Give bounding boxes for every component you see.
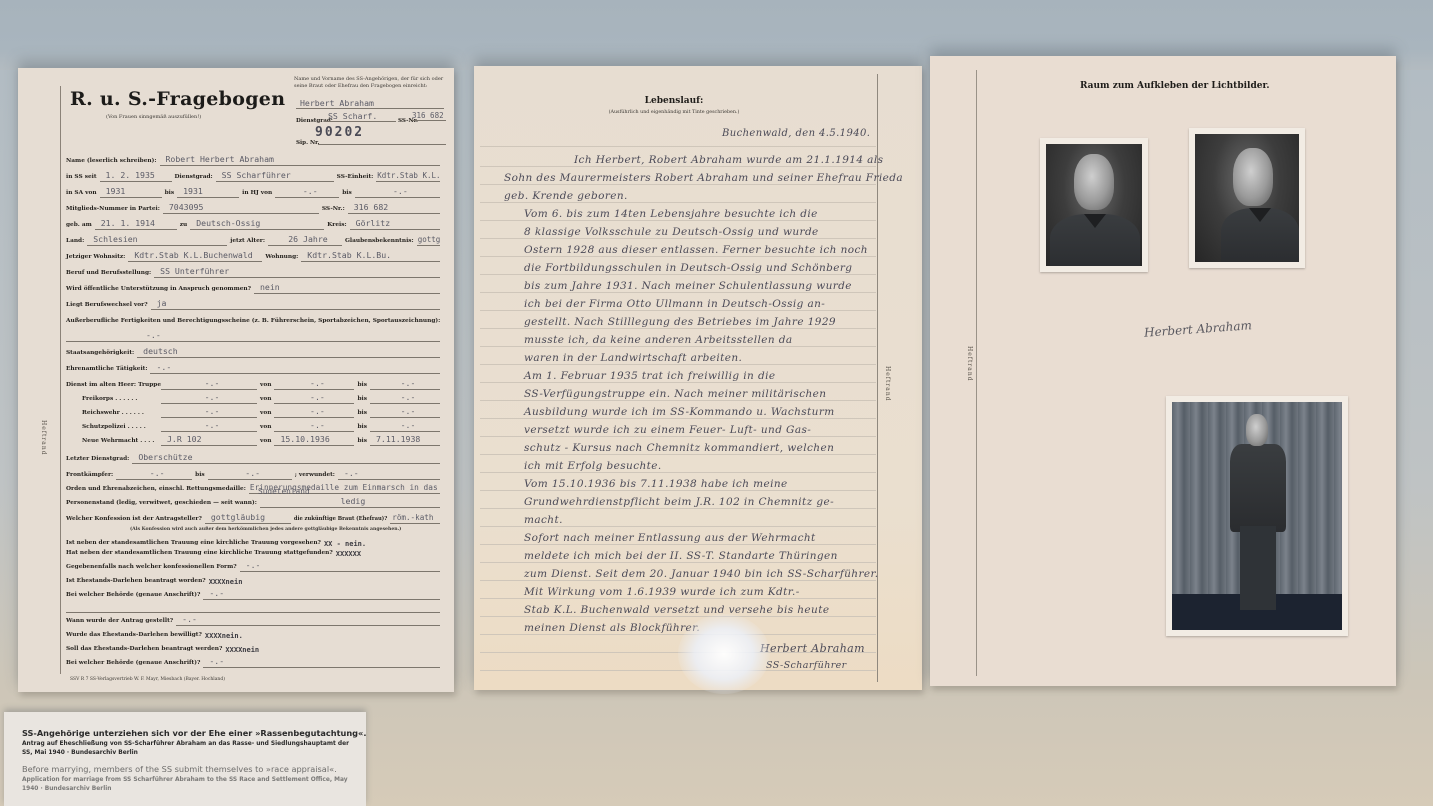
handwritten-line: SS-Verfügungstruppe ein. Nach meiner mil… [524, 388, 826, 400]
portrait-front-image [1046, 144, 1142, 266]
service-label: Neue Wehrmacht . . . . [66, 438, 158, 446]
ruled-line [480, 166, 876, 167]
unterstuetzung-label: Wird öffentliche Unterstützung in Anspru… [66, 286, 251, 294]
fertigkeiten-value: -.- [66, 330, 440, 342]
ruled-line [480, 238, 876, 239]
handwritten-line: ich mit Erfolg besuchte. [524, 460, 662, 472]
ruled-line [480, 598, 876, 599]
handwritten-line: Sofort nach meiner Entlassung aus der We… [524, 532, 816, 544]
row-berufswechsel: Liegt Berufswechsel vor? ja [66, 296, 440, 310]
service-bis: -.- [370, 378, 440, 390]
ss-seit-label: in SS seit [66, 174, 97, 182]
frontkaempfer-bis: -.- [208, 468, 292, 480]
handwritten-line: Vom 15.10.1936 bis 7.11.1938 habe ich me… [524, 478, 788, 490]
handwritten-line: musste ich, da keine anderen Arbeitsstel… [524, 334, 793, 346]
ruled-line [480, 274, 876, 275]
lebenslauf-title: Lebenslauf: [474, 96, 874, 106]
von-label: von [260, 424, 271, 432]
handwritten-line: gestellt. Nach Stilllegung des Betriebes… [524, 316, 836, 328]
handwritten-line: Stab K.L. Buchenwald versetzt und verseh… [524, 604, 829, 616]
ehrenamt-value: -.- [150, 362, 440, 374]
lebenslauf-subtitle: (Ausführlich und eigenhändig mit Tinte g… [474, 110, 874, 115]
handwritten-line: Grundwehrdienstpflicht beim J.R. 102 in … [524, 496, 834, 508]
margin-rule [976, 70, 977, 676]
kreis-value: Görlitz [350, 218, 440, 230]
handwritten-line: Sohn des Maurermeisters Robert Abraham u… [504, 172, 903, 184]
ruled-line [480, 256, 876, 257]
handwritten-line: die Fortbildungsschulen in Deutsch-Ossig… [524, 262, 852, 274]
ruled-line [480, 146, 876, 147]
dienstgrad-field: SS Scharf. [324, 111, 396, 122]
letzter-dienstgrad-label: Letzter Dienstgrad: [66, 456, 129, 464]
bis-label: bis [357, 410, 367, 418]
antrag-label: Wann wurde der Antrag gestellt? [66, 618, 173, 626]
wohnung-value: Kdtr.Stab K.L.Bu. [301, 250, 440, 262]
service-label: Schutzpolizei . . . . . [66, 424, 158, 432]
service-row: Reichswehr . . . . . . -.- von -.- bis -… [66, 404, 440, 418]
questionnaire-title: R. u. S.-Fragebogen [70, 88, 285, 110]
ruled-line [480, 202, 876, 203]
form-footer: SSV R 7 SS-Verlagsvertrieb W. F. Mayr, M… [70, 677, 225, 682]
row-orden: Orden und Ehrenabzeichen, einschl. Rettu… [66, 480, 440, 494]
behoerde1-value: -.- [203, 588, 440, 600]
head-shape [1074, 154, 1114, 210]
service-unit: -.- [161, 406, 257, 418]
row-name: Name (leserlich schreiben): Robert Herbe… [66, 152, 440, 166]
wohnung-label: Wohnung: [265, 254, 298, 262]
ruled-line [480, 562, 876, 563]
ss-nr2-value: 316 682 [348, 202, 440, 214]
darlehen1-value: XXXXnein [209, 578, 243, 586]
braut-konfession-label: die zukünftige Braut (Ehefrau)? [294, 516, 387, 524]
row-behoerde2: Bei welcher Behörde (genaue Anschrift)? … [66, 654, 440, 668]
row-staatsangehoerigkeit: Staatsangehörigkeit: deutsch [66, 344, 440, 358]
ruled-line [480, 184, 876, 185]
partei-nr-label: Mitglieds-Nummer in Partei: [66, 206, 160, 214]
row-behoerde1: Bei welcher Behörde (genaue Anschrift)? … [66, 586, 440, 600]
personenstand-label: Personenstand (ledig, verwitwet, geschie… [66, 500, 257, 508]
collar-shape [1249, 208, 1271, 222]
ss-nr-field: 316 682 [412, 111, 446, 121]
photo-sheet-title: Raum zum Aufkleben der Lichtbilder. [1080, 81, 1270, 91]
ss-seit-value: 1. 2. 1935 [100, 170, 172, 182]
perforation-label: Heftrand [884, 366, 891, 402]
letzter-dienstgrad-value: Oberschütze [132, 452, 440, 464]
kreis-label: Kreis: [327, 222, 346, 230]
caption-english-source: Application for marriage from SS Scharfü… [22, 776, 352, 794]
bis-label: bis [357, 396, 367, 404]
bis-label: bis [357, 424, 367, 432]
sa-bis-value: 1931 [177, 186, 239, 198]
sa-von-value: 1931 [100, 186, 162, 198]
verwundet-value: -.- [338, 468, 440, 480]
land-label: Land: [66, 238, 84, 246]
service-row: Freikorps . . . . . . -.- von -.- bis -.… [66, 390, 440, 404]
caption-german-source: Antrag auf Eheschließung von SS-Scharfüh… [22, 740, 352, 758]
row-frontkaempfer: Frontkämpfer: -.- bis -.- ; verwundet: -… [66, 466, 440, 480]
head-shape [1246, 414, 1268, 446]
photo-portrait-front [1040, 138, 1148, 272]
handwritten-line: schutz - Kursus nach Chemnitz kommandier… [524, 442, 834, 454]
signature-rank: SS-Scharführer [766, 660, 847, 671]
von-label: von [260, 410, 271, 418]
sa-bis-label: bis [165, 190, 175, 198]
service-bis: -.- [370, 392, 440, 404]
service-unit: -.- [161, 392, 257, 404]
geb-label: geb. am [66, 222, 92, 230]
service-unit: -.- [161, 420, 257, 432]
von-label: von [260, 396, 271, 404]
sip-underline [318, 144, 446, 145]
row-wohnsitz: Jetziger Wohnsitz: Kdtr.Stab K.L.Buchenw… [66, 248, 440, 262]
handwritten-line: versetzt wurde ich zu einem Feuer- Luft-… [524, 424, 811, 436]
margin-rule [60, 86, 61, 674]
soll-value: XXXXnein [225, 646, 259, 654]
collar-shape [1084, 214, 1106, 228]
fertigkeiten-label: Außerberufliche Fertigkeiten und Berecht… [66, 318, 440, 326]
trauung2-value: XXXXXX [336, 550, 361, 558]
ruled-line [480, 634, 876, 635]
ruled-line [480, 472, 876, 473]
wohnsitz-value: Kdtr.Stab K.L.Buchenwald [128, 250, 262, 262]
handwritten-line: Ich Herbert, Robert Abraham wurde am 21.… [574, 154, 883, 166]
frontkaempfer-value: -.- [116, 468, 192, 480]
handwritten-line: Am 1. Februar 1935 trat ich freiwillig i… [524, 370, 775, 382]
form-value: -.- [240, 560, 440, 572]
uniform-jacket-shape [1230, 444, 1286, 532]
photo-full-body [1166, 396, 1348, 636]
handwritten-line: Vom 6. bis zum 14ten Lebensjahre besucht… [524, 208, 818, 220]
row-personenstand: Personenstand (ledig, verwitwet, geschie… [66, 494, 440, 508]
row-darlehen1: Ist Ehestands-Darlehen beantragt worden?… [66, 572, 440, 586]
service-bis: -.- [370, 420, 440, 432]
service-bis: 7.11.1938 [370, 434, 440, 446]
row-ehrenamt: Ehrenamtliche Tätigkeit: -.- [66, 360, 440, 374]
behoerde1-label: Bei welcher Behörde (genaue Anschrift)? [66, 592, 200, 600]
ruled-line [480, 418, 876, 419]
service-von: 15.10.1936 [274, 434, 354, 446]
handwritten-line: Mit Wirkung vom 1.6.1939 wurde ich zum K… [524, 586, 800, 598]
von-label: von [260, 438, 271, 446]
ruled-line [480, 490, 876, 491]
ruled-line [480, 544, 876, 545]
geb-ort-value: Deutsch-Ossig [190, 218, 324, 230]
konfession-note: (Als Konfession wird auch außer dem herk… [130, 527, 401, 532]
antrag-value: -.- [176, 614, 440, 626]
dienstgrad2-value: SS Scharführer [216, 170, 334, 182]
handwritten-line: waren in der Landwirtschaft arbeiten. [524, 352, 742, 364]
service-von: -.- [274, 406, 354, 418]
trousers-shape [1240, 526, 1276, 610]
handwritten-line: geb. Krende geboren. [504, 190, 628, 202]
ss-einheit-label: SS-Einheit: [337, 174, 374, 182]
row-beruf: Beruf und Berufsstellung: SS Unterführer [66, 264, 440, 278]
service-von: -.- [274, 378, 354, 390]
light-glare [678, 614, 770, 694]
geb-value: 21. 1. 1914 [95, 218, 177, 230]
perforation-label: Heftrand [966, 346, 973, 382]
service-row: Schutzpolizei . . . . . -.- von -.- bis … [66, 418, 440, 432]
form-label: Gegebenenfalls nach welcher konfessionel… [66, 564, 237, 572]
ruled-line [480, 454, 876, 455]
frontkaempfer-label: Frontkämpfer: [66, 472, 113, 480]
row-land: Land: Schlesien jetzt Alter: 26 Jahre Gl… [66, 232, 440, 246]
handwritten-line: meinen Dienst als Blockführer. [524, 622, 700, 634]
ss-nr2-label: SS-Nr.: [322, 206, 345, 214]
hj-bis-value: -.- [355, 186, 440, 198]
glaube-label: Glaubensbekenntnis: [345, 238, 414, 246]
ruled-line [480, 526, 876, 527]
photo-sheet-signature: Herbert Abraham [1144, 318, 1253, 339]
questionnaire-subtitle: (Von Frauen sinngemäß auszufüllen!) [106, 114, 201, 120]
name-label: Name (leserlich schreiben): [66, 158, 157, 166]
behoerde2-label: Bei welcher Behörde (genaue Anschrift)? [66, 660, 200, 668]
bewilligt-value: XXXXnein. [205, 632, 243, 640]
row-form: Gegebenenfalls nach welcher konfessionel… [66, 558, 440, 572]
service-label: Dienst im alten Heer: Truppe [66, 382, 158, 390]
row-unterstuetzung: Wird öffentliche Unterstützung in Anspru… [66, 280, 440, 294]
ruled-line [480, 310, 876, 311]
portrait-profile-image [1195, 134, 1299, 262]
ruS-questionnaire-document: Heftrand R. u. S.-Fragebogen (Von Frauen… [18, 68, 454, 692]
signature: Herbert Abraham [760, 642, 865, 655]
bis-label: bis [357, 382, 367, 390]
place-date: Buchenwald, den 4.5.1940. [722, 128, 870, 139]
row-trauung2: Hat neben der standesamtlichen Trauung e… [66, 544, 440, 558]
hj-bis-label: bis [342, 190, 352, 198]
handwritten-line: Ausbildung wurde ich im SS-Kommando u. W… [524, 406, 835, 418]
row-sa: in SA von 1931 bis 1931 in HJ von -.- bi… [66, 184, 440, 198]
wohnsitz-label: Jetziger Wohnsitz: [66, 254, 125, 262]
glaube-value: gottgl. [417, 235, 440, 246]
row-ss-seit: in SS seit 1. 2. 1935 Dienstgrad: SS Sch… [66, 168, 440, 182]
row-soll: Soll das Ehestands-Darlehen beantragt we… [66, 640, 440, 654]
sip-number: 90202 [315, 125, 364, 140]
orden-label: Orden und Ehrenabzeichen, einschl. Rettu… [66, 486, 246, 494]
sa-von-label: in SA von [66, 190, 97, 198]
row-partei: Mitglieds-Nummer in Partei: 7043095 SS-N… [66, 200, 440, 214]
unterstuetzung-value: nein [254, 282, 440, 294]
beruf-label: Beruf und Berufsstellung: [66, 270, 151, 278]
row-geburt: geb. am 21. 1. 1914 zu Deutsch-Ossig Kre… [66, 216, 440, 230]
von-label: von [260, 382, 271, 390]
row-fertigkeiten-value: -.- [66, 328, 440, 342]
caption-english-heading: Before marrying, members of the SS submi… [22, 764, 352, 774]
service-row: Neue Wehrmacht . . . . J.R 102 von 15.10… [66, 432, 440, 446]
ruled-line [480, 382, 876, 383]
ruled-line [480, 292, 876, 293]
name-value: Robert Herbert Abraham [160, 154, 441, 166]
caption-german-heading: SS-Angehörige unterziehen sich vor der E… [22, 728, 352, 738]
berufswechsel-label: Liegt Berufswechsel vor? [66, 302, 148, 310]
staatsangehoerigkeit-label: Staatsangehörigkeit: [66, 350, 134, 358]
row-konfession: Welcher Konfession ist der Antragsteller… [66, 510, 440, 524]
dienstgrad2-label: Dienstgrad: [175, 174, 213, 182]
trauung2-label: Hat neben der standesamtlichen Trauung e… [66, 550, 333, 558]
ruled-line [480, 400, 876, 401]
exhibit-caption-placard: SS-Angehörige unterziehen sich vor der E… [4, 712, 366, 806]
verwundet-label: ; verwundet: [295, 472, 335, 480]
ruled-line [480, 508, 876, 509]
handwritten-line: ich bei der Firma Otto Ullmann in Deutsc… [524, 298, 825, 310]
ruled-line [480, 364, 876, 365]
ruled-line [480, 436, 876, 437]
service-row: Dienst im alten Heer: Truppe -.- von -.-… [66, 376, 440, 390]
personenstand-value: ledig [260, 496, 440, 508]
handwritten-line: meldete ich mich bei der II. SS-T. Stand… [524, 550, 838, 562]
bis-label: bis [195, 472, 205, 480]
photo-portrait-profile [1189, 128, 1305, 268]
handwritten-line: bis zum Jahre 1931. Nach meiner Schulent… [524, 280, 852, 292]
photo-sheet-document: Heftrand Raum zum Aufkleben der Lichtbil… [930, 56, 1396, 686]
soll-label: Soll das Ehestands-Darlehen beantragt we… [66, 646, 222, 654]
alter-label: jetzt Alter: [230, 238, 265, 246]
handwritten-line: macht. [524, 514, 563, 526]
perforation-label: Heftrand [40, 420, 47, 456]
head-shape [1233, 148, 1273, 206]
sip-nr-label: Sip. Nr. [296, 140, 319, 146]
service-label: Freikorps . . . . . . [66, 396, 158, 404]
berufswechsel-value: ja [151, 298, 440, 310]
service-von: -.- [274, 392, 354, 404]
row-fertigkeiten: Außerberufliche Fertigkeiten und Berecht… [66, 312, 440, 326]
konfession-value: gottgläubig [205, 512, 291, 524]
lebenslauf-document: Heftrand Lebenslauf: (Ausführlich und ei… [474, 66, 922, 690]
darlehen1-label: Ist Ehestands-Darlehen beantragt worden? [66, 578, 206, 586]
bewilligt-label: Wurde das Ehestands-Darlehen bewilligt? [66, 632, 202, 640]
handwritten-line: zum Dienst. Seit dem 20. Januar 1940 bin… [524, 568, 879, 580]
service-bis: -.- [370, 406, 440, 418]
beruf-value: SS Unterführer [154, 266, 440, 278]
service-unit: -.- [161, 378, 257, 390]
land-value: Schlesien [87, 234, 227, 246]
row-letzter-dienstgrad: Letzter Dienstgrad: Oberschütze [66, 450, 440, 464]
alter-value: 26 Jahre [268, 234, 342, 246]
ruled-line [480, 220, 876, 221]
handwritten-line: 8 klassige Volksschule zu Deutsch-Ossig … [524, 226, 819, 238]
full-body-image [1172, 402, 1342, 630]
ruled-line [480, 580, 876, 581]
row-bewilligt: Wurde das Ehestands-Darlehen bewilligt? … [66, 626, 440, 640]
staatsangehoerigkeit-value: deutsch [137, 346, 440, 358]
ehrenamt-label: Ehrenamtliche Tätigkeit: [66, 366, 147, 374]
bis-label: bis [357, 438, 367, 446]
hj-von-label: in HJ von [242, 190, 272, 198]
header-note: Name und Vorname des SS-Angehörigen, der… [294, 76, 444, 90]
ss-einheit-value: Kdtr.Stab K.L.Bu. [376, 171, 440, 182]
service-label: Reichswehr . . . . . . [66, 410, 158, 418]
ruled-line [480, 328, 876, 329]
service-unit: J.R 102 [161, 434, 257, 446]
behoerde2-value: -.- [203, 656, 440, 668]
konfession-label: Welcher Konfession ist der Antragsteller… [66, 516, 202, 524]
row-antrag: Wann wurde der Antrag gestellt? -.- [66, 612, 440, 626]
handwritten-line: Ostern 1928 aus dieser entlassen. Ferner… [524, 244, 868, 256]
header-name-field: Herbert Abraham [296, 98, 444, 109]
ruled-line [480, 346, 876, 347]
braut-konfession-value: röm.-kath [390, 513, 440, 524]
hj-von-value: -.- [275, 186, 339, 198]
geb-ort-label: zu [180, 222, 188, 230]
ruled-line [480, 616, 876, 617]
service-von: -.- [274, 420, 354, 432]
partei-nr-value: 7043095 [163, 202, 319, 214]
